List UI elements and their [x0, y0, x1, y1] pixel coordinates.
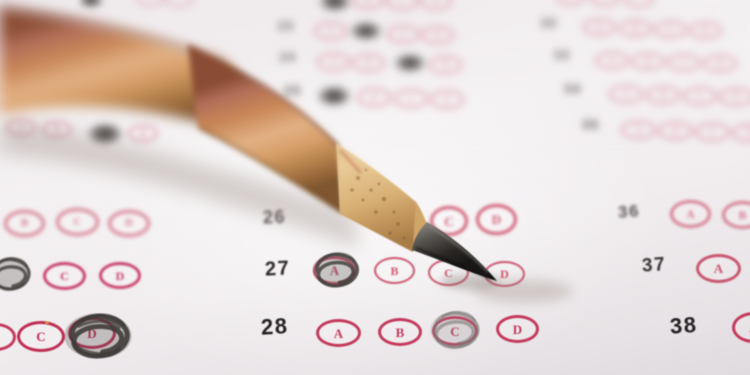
question-number: 34 — [564, 82, 581, 95]
answer-bubble: C — [43, 262, 86, 290]
question-number: 35 — [582, 118, 599, 131]
answer-bubble: B — [42, 121, 72, 138]
bubble-letter: C — [36, 330, 45, 343]
bubble-letter: A — [597, 24, 603, 32]
bubble-letter: A — [714, 262, 723, 275]
answer-bubble — [0, 90, 14, 105]
bubble-letter: B — [660, 91, 665, 99]
answer-bubble: B — [374, 257, 415, 284]
answer-bubble: A — [583, 19, 616, 36]
answer-bubble: C — [667, 54, 701, 71]
bubble-letter: A — [18, 124, 24, 132]
answer-bubble: B — [4, 210, 45, 237]
pencil-wood-cone — [336, 143, 427, 252]
answer-bubble: A — [609, 85, 643, 103]
bubble-letter: B — [21, 218, 28, 229]
bubble-letter: D — [140, 130, 146, 138]
bubble-letter: C — [60, 270, 69, 282]
pencil-mark-blurred — [349, 21, 383, 41]
bubble-letter: A — [636, 126, 642, 134]
answer-bubble: B — [352, 54, 385, 72]
bubble-letter: C — [399, 0, 405, 5]
question-number: 33 — [554, 49, 570, 61]
bubble-letter: B — [673, 127, 678, 135]
answer-bubble: B — [658, 122, 693, 140]
bubble-letter: A — [334, 327, 343, 340]
bubble-letter: B — [390, 265, 398, 277]
bubble-letter: B — [633, 25, 638, 33]
answer-bubble: D — [429, 56, 462, 74]
bubble-letter: D — [433, 0, 439, 5]
bubble-letter: B — [371, 94, 376, 102]
bubble-letter: B — [738, 209, 746, 221]
bubble-letter: D — [733, 93, 739, 101]
answer-bubble — [556, 0, 586, 5]
answer-bubble: A — [316, 319, 361, 347]
answer-bubble: C — [654, 21, 687, 38]
answer-bubble: A — [696, 254, 741, 283]
bubble-letter: D — [435, 31, 441, 39]
answer-bubble: D — [420, 0, 452, 10]
answer-bubble: A — [317, 53, 350, 71]
answer-bubble: D — [99, 262, 141, 289]
answer-bubble: A — [732, 312, 750, 343]
bubble-letter: D — [492, 213, 501, 226]
bubble-letter: D — [125, 218, 133, 229]
answer-bubble — [590, 0, 620, 6]
bubble-letter: C — [408, 95, 414, 103]
question-number: 24 — [280, 51, 296, 63]
bubble-letter: A — [328, 27, 334, 35]
answer-bubble: D — [732, 124, 750, 142]
pencil-mark — [307, 248, 365, 292]
bubble-letter: B — [645, 58, 650, 66]
answer-bubble: A — [6, 119, 36, 136]
bubble-letter: A — [623, 90, 629, 98]
bubble-letter: D — [703, 27, 709, 35]
pencil-mark-blurred — [86, 122, 124, 146]
answer-bubble: B — [646, 86, 680, 104]
answer-bubble: B — [352, 0, 384, 9]
pencil-mark-blurred — [78, 0, 104, 8]
answer-bubble: C — [394, 89, 428, 108]
bubble-letter: D — [116, 270, 125, 282]
answer-bubble — [136, 0, 164, 6]
bubble-letter: C — [681, 59, 687, 67]
bubble-letter: C — [668, 26, 674, 34]
question-number: 27 — [264, 258, 290, 279]
answer-bubble: A — [595, 52, 629, 69]
bubble-letter: D — [443, 61, 449, 69]
answer-bubble — [624, 0, 654, 7]
answer-bubble: D — [689, 22, 722, 39]
answer-bubble: C — [695, 123, 730, 141]
question-number: 23 — [278, 20, 294, 32]
answer-bubble: B — [378, 318, 422, 346]
bubble-letter: B — [54, 126, 59, 134]
answer-bubble: B — [631, 53, 665, 70]
answer-bubble: D — [421, 26, 454, 44]
question-number: 36 — [617, 202, 640, 220]
bubble-letter: C — [697, 92, 703, 100]
bubble-letter: D — [444, 96, 450, 104]
answer-bubble: D — [476, 204, 517, 235]
pencil-mark — [424, 306, 486, 354]
pencil-mark-blurred — [393, 53, 427, 73]
answer-bubble: C — [387, 25, 420, 43]
bubble-letter: D — [717, 60, 723, 68]
question-number: 38 — [669, 314, 698, 338]
bubble-letter: A — [331, 58, 337, 66]
pencil-mark — [58, 308, 138, 364]
answer-bubble: D — [128, 125, 158, 142]
paper-speck — [45, 321, 49, 324]
bubble-letter: D — [747, 129, 750, 137]
answer-bubble: B — [722, 201, 750, 229]
question-number: 37 — [641, 255, 666, 276]
answer-bubble — [0, 323, 16, 351]
bubble-letter: A — [686, 208, 695, 220]
bubble-letter: B — [396, 326, 405, 339]
answer-bubble: C — [56, 208, 99, 236]
answer-bubble: D — [430, 90, 464, 109]
answer-bubble: D — [703, 55, 737, 72]
answer-bubble: A — [314, 22, 347, 40]
pencil-mark — [0, 253, 36, 295]
bubble-letter: B — [366, 59, 371, 67]
answer-bubble: B — [357, 88, 391, 107]
bubble-letter: C — [444, 267, 453, 279]
question-number: 32 — [541, 17, 557, 29]
bubble-letter: D — [513, 323, 522, 336]
answer-bubble: D — [108, 210, 150, 237]
answer-bubble: C — [430, 206, 468, 236]
bubble-letter: A — [609, 57, 615, 65]
question-number: 26 — [263, 208, 287, 227]
answer-bubble: C — [683, 87, 717, 105]
answer-bubble — [165, 0, 193, 7]
answer-bubble: C — [428, 259, 469, 286]
question-number: 25 — [284, 84, 301, 97]
question-number: 28 — [260, 315, 289, 338]
answer-bubble: D — [719, 88, 750, 106]
answer-bubble: A — [621, 121, 656, 139]
answer-sheet-photo: B C D 23 A C D 24 A B D 25 B C D 32 A B … — [0, 0, 750, 375]
bubble-letter: B — [365, 0, 370, 4]
answer-bubble: D — [484, 261, 525, 287]
pencil-body — [0, 8, 342, 213]
answer-bubble: D — [496, 315, 539, 343]
bubble-letter: C — [444, 215, 453, 228]
pencil-mark-blurred — [316, 85, 352, 107]
answer-bubble: B — [619, 20, 652, 37]
bubble-letter: D — [500, 268, 509, 280]
answer-bubble: A — [670, 200, 711, 228]
answer-bubble: C — [386, 0, 418, 10]
bubble-letter: C — [401, 30, 407, 38]
bubble-letter: C — [74, 217, 82, 228]
bubble-letter: C — [710, 128, 716, 136]
pencil-mark-blurred — [318, 0, 352, 12]
